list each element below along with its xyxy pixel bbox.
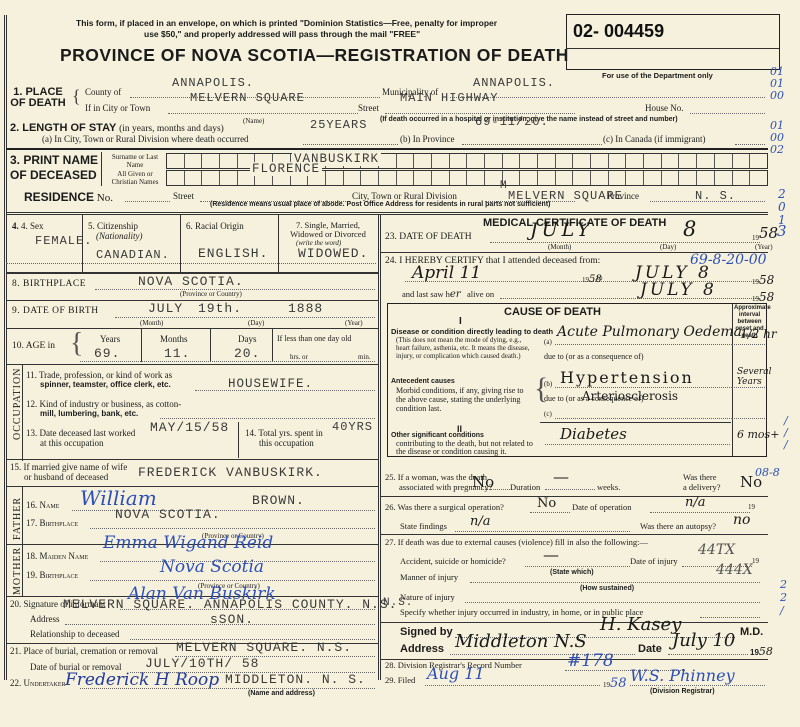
cause-b-prefix: (b) xyxy=(544,380,552,388)
residence-province-label: Province xyxy=(607,191,639,201)
cause-b-due-to: Arteriosclerosis xyxy=(582,389,678,403)
middle-initial: M xyxy=(500,180,508,192)
section-one: I xyxy=(459,316,462,327)
relationship-value: sSON. xyxy=(210,612,254,627)
spouse-label-2: or husband of deceased xyxy=(10,472,127,482)
autopsy-label: Was there an autopsy? xyxy=(640,521,716,531)
mother-maiden-label: 18. Maiden Name xyxy=(26,551,88,561)
father-surname: BROWN. xyxy=(252,493,305,508)
attended-from-date: April 11 xyxy=(412,263,481,283)
filed-year-prefix: 19 xyxy=(603,681,610,689)
operation-label: 26. Was there a surgical operation? xyxy=(385,502,504,512)
direct-cause-note: (This does not mean the mode of dying, e… xyxy=(396,336,536,360)
racial-origin-value: ENGLISH. xyxy=(198,246,268,261)
antecedent-note: Morbid conditions, if any, giving rise t… xyxy=(396,386,534,413)
age-months-label: Months xyxy=(160,334,188,344)
residence-note: (Residence means usual place of abode. P… xyxy=(210,201,551,208)
death-year-sub: (Year) xyxy=(755,243,773,251)
cause-a-prefix: (a) xyxy=(544,338,552,346)
filed-year: 58 xyxy=(610,676,627,691)
trade-label-1: 11. Trade, profession, or kind of work a… xyxy=(26,370,172,380)
total-years-label-1: 14. Total yrs. spent in xyxy=(245,428,323,438)
filed-date: Aug 11 xyxy=(427,664,485,683)
residence-no-label: No. xyxy=(97,192,113,204)
registration-number: 02- 004459 xyxy=(573,21,664,41)
sex-value: FEMALE. xyxy=(35,234,92,248)
operation-year-prefix: 19 xyxy=(748,503,755,511)
injury-year-prefix: 19 xyxy=(752,557,759,565)
father-birthplace-value: NOVA SCOTIA. xyxy=(115,507,221,522)
weeks-label: weeks. xyxy=(597,482,620,492)
state-which: (State which) xyxy=(550,569,594,576)
other-cause-value: Diabetes xyxy=(560,425,627,443)
street-label: Street xyxy=(358,103,379,113)
total-years-label-2: this occupation xyxy=(245,438,323,448)
registrar-sub: (Division Registrar) xyxy=(650,688,715,695)
stay-c-label: (c) In Canada (if immigrant) xyxy=(603,134,705,144)
informant-address-label: Address xyxy=(30,614,60,624)
birthplace-value: NOVA SCOTIA. xyxy=(138,274,244,289)
age-months-value: 11. xyxy=(164,346,190,361)
attended-to-year: 58 xyxy=(759,273,774,287)
filed-label: 29. Filed xyxy=(385,675,415,685)
dob-month: JULY xyxy=(148,301,183,316)
length-of-stay-sub: (in years, months and days) xyxy=(119,124,224,134)
death-month: JULY xyxy=(530,219,594,241)
less-than-day-label: If less than one day old xyxy=(277,334,351,343)
manner-of-injury-label: Manner of injury xyxy=(400,572,458,582)
direct-cause-label: Disease or condition directly leading to… xyxy=(391,327,553,336)
operation-date-label: Date of operation xyxy=(572,502,631,512)
accident-label: Accident, suicide or homicide? xyxy=(400,556,506,566)
how-sustained: (How sustained) xyxy=(580,585,634,592)
father-birthplace-label: 17. Birthplace xyxy=(26,518,78,528)
last-saw-year: 58 xyxy=(759,290,774,304)
last-saw-date: JULY 8 xyxy=(640,280,717,300)
last-saw-label: and last saw h xyxy=(402,289,450,299)
signature-year-prefix: 19 xyxy=(750,648,759,657)
undertaker-sub: (Name and address) xyxy=(248,690,315,697)
relationship-label: Relationship to deceased xyxy=(30,629,119,639)
house-no-label: House No. xyxy=(645,103,684,113)
racial-origin-label: 6. Racial Origin xyxy=(186,221,244,231)
signed-by-value: H. Kasey xyxy=(600,614,681,635)
dob-label: 9. DATE OF BIRTH xyxy=(12,306,99,316)
due-to-label-1: due to (or as a consequence of) xyxy=(544,352,644,361)
antecedent-label: Antecedent causes xyxy=(391,378,455,385)
external-causes-label: 27. If death was due to external causes … xyxy=(385,537,648,547)
cause-b-value: Hypertension xyxy=(560,368,694,387)
birthplace-sub: (Province or Country) xyxy=(180,290,242,298)
hrs-label: hrs. or xyxy=(290,353,308,361)
marital-status-value: WIDOWED. xyxy=(298,246,368,261)
age-years-value: 69. xyxy=(94,346,120,361)
last-worked-label-1: 13. Date deceased last worked xyxy=(26,428,135,438)
death-year: 58 xyxy=(759,224,778,242)
delivery-label-2: a delivery? xyxy=(683,482,721,492)
pregnancy-value: No xyxy=(472,473,494,491)
industry-label-1: 12. Kind of industry or business, as cot… xyxy=(26,399,181,409)
signature-date-value: July 10 xyxy=(672,630,735,651)
dob-day: 19th. xyxy=(198,301,242,316)
dob-year: 1888 xyxy=(288,301,323,316)
print-name-label: 3. PRINT NAME xyxy=(10,153,102,168)
residence-city-label: City, Town or Rural Division xyxy=(352,191,457,201)
other-cause-interval: 6 mos+ xyxy=(737,428,779,441)
trade-label-2: spinner, teamster, office clerk, etc. xyxy=(26,380,172,390)
undertaker-signature: Frederick H Roop xyxy=(65,670,219,690)
pregnancy-code: 08-8 xyxy=(755,466,780,479)
place-of-death-label: 1. PLACE OF DEATH xyxy=(10,87,66,109)
cause-b-interval: Several Years xyxy=(737,367,767,387)
dob-month-sub: (Month) xyxy=(140,319,163,327)
form-title: PROVINCE OF NOVA SCOTIA—REGISTRATION OF … xyxy=(60,45,569,66)
postal-notice-line2: use $50," and properly addressed will pa… xyxy=(144,29,420,39)
dob-day-sub: (Day) xyxy=(248,319,264,327)
of-deceased-label: OF DECEASED xyxy=(10,168,102,183)
cause-a-interval: 1/2 hr xyxy=(740,327,777,341)
father-name-label: 16. Name xyxy=(26,500,59,510)
postal-notice-line1: This form, if placed in an envelope, on … xyxy=(76,18,497,28)
cause-title: CAUSE OF DEATH xyxy=(504,306,601,318)
informant-address-value: MELVERN SQUARE. ANNAPOLIS COUNTY. N.S. xyxy=(63,597,397,612)
total-years-value: 40YRS xyxy=(332,420,373,434)
county-value: ANNAPOLIS. xyxy=(172,76,254,90)
given-name-value: FLORENCE xyxy=(250,162,322,176)
marital-status-label: 7. Single, Married, Widowed or Divorced xyxy=(282,221,374,239)
spouse-label-1: 15. If married give name of wife xyxy=(10,462,127,472)
street-value: MAIN HIGHWAY xyxy=(400,91,498,105)
residence-label: RESIDENCE xyxy=(24,190,94,204)
signer-address-label: Address xyxy=(400,643,444,655)
burial-place-value: MELVERN SQUARE. N.S. xyxy=(176,640,352,655)
stay-b-label: (b) In Province xyxy=(400,134,454,144)
trade-value: HOUSEWIFE. xyxy=(228,377,313,391)
residence-street-label: Street xyxy=(173,191,194,201)
last-worked-value: MAY/15/58 xyxy=(150,420,229,435)
injury-date-label: Date of injury xyxy=(630,556,678,566)
registrar-signature: W.S. Phinney xyxy=(630,666,735,685)
cause-a-value: Acute Pulmonary Oedema xyxy=(557,324,742,340)
signature-year: 58 xyxy=(759,645,773,658)
last-saw-year-prefix: 19 xyxy=(752,295,759,303)
signed-by-label: Signed by xyxy=(400,626,453,638)
cause-c-prefix: (c) xyxy=(544,410,552,418)
surname-label: Surname or Last Name xyxy=(104,153,166,169)
citizenship-label: 5. Citizenship xyxy=(88,221,143,231)
given-names-label: All Given or Christian Names xyxy=(104,170,166,186)
sex-label: 4. Sex xyxy=(21,221,44,231)
death-code: 3 xyxy=(777,222,787,240)
age-days-label: Days xyxy=(238,334,257,344)
stay-a-value: 25YEARS xyxy=(310,118,367,132)
signer-address-value: Middleton N.S xyxy=(455,631,587,652)
department-note: For use of the Department only xyxy=(602,71,713,80)
death-year-prefix: 19 xyxy=(752,234,759,242)
undertaker-label: 22. Undertaker xyxy=(10,678,66,688)
mother-maiden-value: Emma Wigand Reid xyxy=(103,533,273,553)
spouse-value: FREDERICK VANBUSKIRK. xyxy=(138,465,323,480)
alive-on-label: alive on xyxy=(467,289,494,299)
death-month-sub: (Month) xyxy=(548,243,571,251)
age-label: 10. AGE in xyxy=(12,341,55,351)
attended-to-label: to xyxy=(597,274,602,282)
margin-codes-top: 010100 xyxy=(770,66,794,102)
margin-codes-mid: 010002 xyxy=(770,120,794,156)
age-days-value: 20. xyxy=(234,346,260,361)
record-number-value: #178 xyxy=(567,651,614,671)
mother-birthplace-value: Nova Scotia xyxy=(160,557,264,577)
city-value: MELVERN SQUARE xyxy=(190,91,305,105)
attended-to-year-prefix: 19 xyxy=(752,278,759,286)
county-label: County of xyxy=(85,87,121,97)
attended-from-year-prefix: 19 xyxy=(582,276,589,284)
left-border xyxy=(4,15,7,680)
findings-label: State findings xyxy=(400,521,447,531)
burial-date-value: JULY/10TH/ 58 xyxy=(145,656,259,671)
external-code-2: 444X xyxy=(716,562,753,578)
age-years-label: Years xyxy=(100,334,120,344)
residence-province-value: N. S. xyxy=(695,189,736,203)
burial-place-label: 21. Place of burial, cremation or remova… xyxy=(10,646,158,656)
autopsy-value: no xyxy=(733,512,750,528)
name-note: (Name) xyxy=(243,117,264,125)
registration-number-box: 02- 004459 xyxy=(566,14,780,70)
birthplace-label: 8. BIRTHPLACE xyxy=(12,279,86,289)
other-conditions-label: Other significant conditions xyxy=(391,432,484,439)
death-day: 8 xyxy=(683,217,696,241)
city-label: If in City or Town xyxy=(85,103,150,113)
dob-year-sub: (Year) xyxy=(345,319,363,327)
margin-codes-bottom: 22/ xyxy=(780,578,794,617)
delivery-label-1: Was there xyxy=(683,472,721,482)
external-code-1: 44TX xyxy=(698,542,735,558)
stay-b-value: 69-11/20. xyxy=(475,115,549,129)
duration-label: Duration xyxy=(510,482,540,492)
stay-a-label: (a) In City, Town or Rural Division wher… xyxy=(42,134,249,144)
last-saw-pronoun: er xyxy=(450,289,461,300)
md-label: M.D. xyxy=(740,626,763,638)
min-label: min. xyxy=(358,353,371,361)
date-of-death-label: 23. DATE OF DEATH xyxy=(385,232,472,242)
death-day-sub: (Day) xyxy=(660,243,676,251)
length-of-stay-label: 2. LENGTH OF STAY xyxy=(10,122,116,134)
last-worked-label-2: at this occupation xyxy=(26,438,135,448)
signature-date-label: Date xyxy=(638,643,662,655)
citizenship-value: CANADIAN. xyxy=(96,248,170,262)
margin-ticks: /// xyxy=(784,415,794,451)
operation-value: No xyxy=(537,496,556,511)
undertaker-address: MIDDLETON. N. S. xyxy=(225,672,366,687)
other-conditions-note: contributing to the death, but not relat… xyxy=(396,440,536,456)
findings-value: n/a xyxy=(470,514,491,529)
municipality-value: ANNAPOLIS. xyxy=(473,76,555,90)
operation-date-value: n/a xyxy=(685,495,706,510)
citizenship-sub: (Nationality) xyxy=(88,231,143,241)
mother-birthplace-label: 19. Birthplace xyxy=(26,570,78,580)
industry-label-2: mill, lumbering, bank, etc. xyxy=(26,409,181,419)
